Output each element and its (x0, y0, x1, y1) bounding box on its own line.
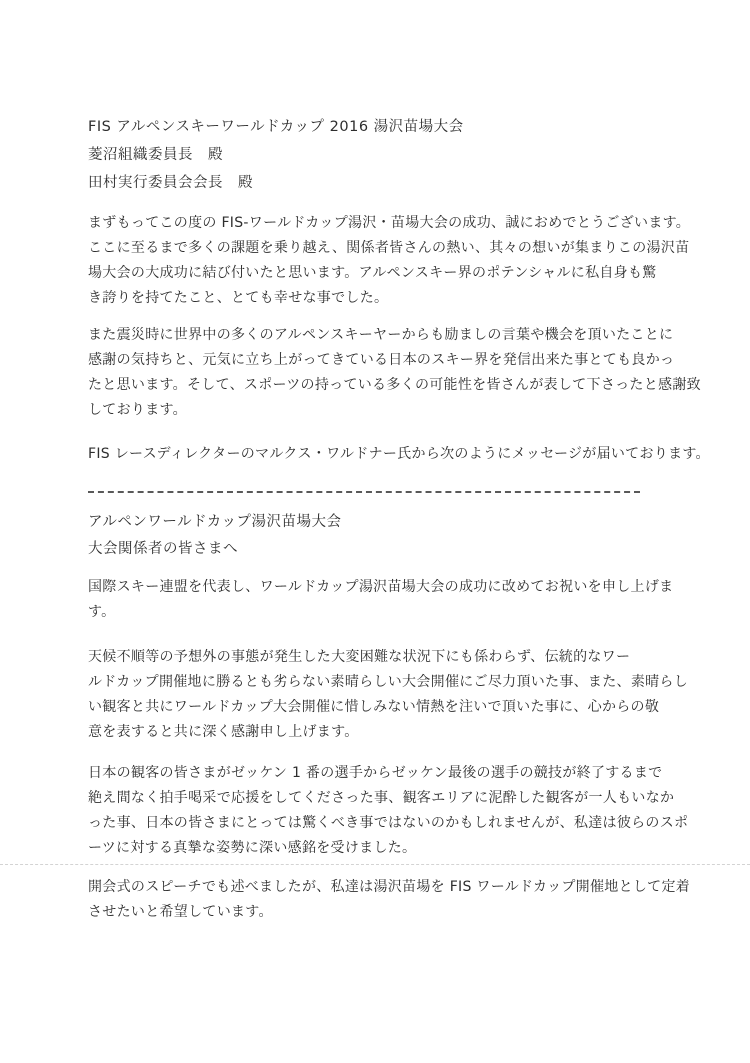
text-line: 日本の観客の皆さまがゼッケン 1 番の選手からゼッケン最後の選手の競技が終了する… (88, 761, 680, 786)
text-line: 天候不順等の予想外の事態が発生した大変困難な状況下にも係わらず、伝統的なワー (88, 645, 680, 670)
text-line: ーツに対する真摯な姿勢に深い感銘を受けました。 (88, 836, 680, 861)
scan-fold-line (0, 864, 750, 865)
paragraph-opening-ceremony-hope: 開会式のスピーチでも述べましたが、私達は湯沢苗場を FIS ワールドカップ開催地… (88, 875, 680, 925)
text-line: たと思います。そして、スポーツの持っている多くの可能性を皆さんが表して下さったと… (88, 373, 680, 398)
scanned-letter-page: FIS アルペンスキーワールドカップ 2016 湯沢苗場大会 菱沼組織委員長 殿… (0, 0, 750, 1063)
recipient-lines: 菱沼組織委員長 殿田村実行委員会会長 殿 (88, 141, 680, 197)
dashed-separator (88, 491, 640, 493)
text-line: 絶え間なく拍手喝采で応援をしてくださった事、観客エリアに泥酔した観客が一人もいな… (88, 786, 680, 811)
text-line: 田村実行委員会会長 殿 (88, 169, 680, 197)
text-line: い観客と共にワールドカップ大会開催に惜しみない情熱を注いで頂いた事に、心からの敬 (88, 695, 680, 720)
text-line: 菱沼組織委員長 殿 (88, 141, 680, 169)
text-line: 国際スキー連盟を代表し、ワールドカップ湯沢苗場大会の成功に改めてお祝いを申し上げ… (88, 575, 680, 600)
text-line: また震災時に世界中の多くのアルペンスキーヤーからも励ましの言葉や機会を頂いたこと… (88, 323, 680, 348)
text-line: ルドカップ開催地に勝るとも劣らない素晴らしい大会開催にご尽力頂いた事、また、素晴… (88, 670, 680, 695)
event-title-line: FIS アルペンスキーワールドカップ 2016 湯沢苗場大会 (88, 113, 680, 141)
letter-content: FIS アルペンスキーワールドカップ 2016 湯沢苗場大会 菱沼組織委員長 殿… (0, 0, 750, 925)
text-line: 大会関係者の皆さまへ (88, 536, 680, 563)
text-line: FIS レースディレクターのマルクス・ワルドナー氏から次のようにメッセージが届い… (88, 442, 680, 467)
paragraph-fis-congratulations: 国際スキー連盟を代表し、ワールドカップ湯沢苗場大会の成功に改めてお祝いを申し上げ… (88, 575, 680, 625)
paragraph-fis-race-director: FIS レースディレクターのマルクス・ワルドナー氏から次のようにメッセージが届い… (88, 442, 680, 467)
paragraph-congratulations: まずもってこの度の FIS-ワールドカップ湯沢・苗場大会の成功、誠におめでとうご… (88, 211, 680, 311)
text-line: させたいと希望しています。 (88, 900, 680, 925)
text-line: った事、日本の皆さまにとっては驚くべき事ではないのかもしれませんが、私達は彼らの… (88, 811, 680, 836)
text-line: まずもってこの度の FIS-ワールドカップ湯沢・苗場大会の成功、誠におめでとうご… (88, 211, 680, 236)
text-line: しております。 (88, 398, 680, 423)
text-line: き誇りを持てたこと、とても幸せな事でした。 (88, 286, 680, 311)
text-line: 感謝の気持ちと、元気に立ち上がってきている日本のスキー界を発信出来た事とても良か… (88, 348, 680, 373)
text-line: 意を表すると共に深く感謝申し上げます。 (88, 720, 680, 745)
paragraph-weather-difficulties: 天候不順等の予想外の事態が発生した大変困難な状況下にも係わらず、伝統的なワールド… (88, 645, 680, 745)
letter-header: FIS アルペンスキーワールドカップ 2016 湯沢苗場大会 菱沼組織委員長 殿… (88, 113, 680, 197)
message-heading: アルペンワールドカップ湯沢苗場大会大会関係者の皆さまへ (88, 509, 680, 563)
text-line: 開会式のスピーチでも述べましたが、私達は湯沢苗場を FIS ワールドカップ開催地… (88, 875, 680, 900)
paragraph-earthquake-gratitude: また震災時に世界中の多くのアルペンスキーヤーからも励ましの言葉や機会を頂いたこと… (88, 323, 680, 423)
text-line: アルペンワールドカップ湯沢苗場大会 (88, 509, 680, 536)
text-line: ここに至るまで多くの課題を乗り越え、関係者皆さんの熱い、其々の想いが集まりこの湯… (88, 236, 680, 261)
text-line: 場大会の大成功に結び付いたと思います。アルペンスキー界のポテンシャルに私自身も驚 (88, 261, 680, 286)
paragraph-japanese-spectators: 日本の観客の皆さまがゼッケン 1 番の選手からゼッケン最後の選手の競技が終了する… (88, 761, 680, 861)
text-line: す。 (88, 600, 680, 625)
